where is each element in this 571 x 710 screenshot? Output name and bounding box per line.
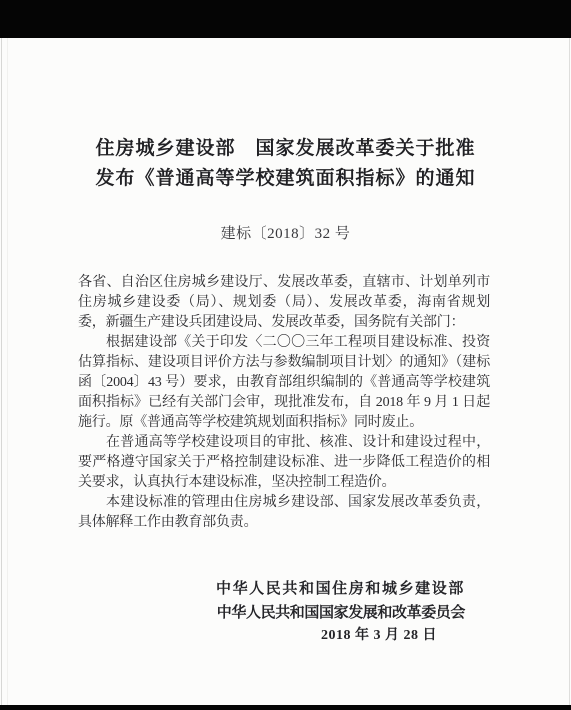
document-body: 各省、自治区住房城乡建设厅、发展改革委，直辖市、计划单列市住房城乡建设委（局）、… xyxy=(78,273,490,533)
top-letterbox-bar xyxy=(0,0,571,38)
signature-org-ndrc: 中华人民共和国国家发展和改革委员会 xyxy=(0,601,465,625)
document-page: 住房城乡建设部 国家发展改革委关于批准 发布《普通高等学校建筑面积指标》的通知 … xyxy=(0,38,571,647)
body-paragraph: 本建设标准的管理由住房城乡建设部、国家发展改革委负责，具体解释工作由教育部负责。 xyxy=(78,493,490,533)
document-title: 住房城乡建设部 国家发展改革委关于批准 发布《普通高等学校建筑面积指标》的通知 xyxy=(10,134,561,194)
document-title-line-1: 住房城乡建设部 国家发展改革委关于批准 xyxy=(10,134,561,164)
addressees-paragraph: 各省、自治区住房城乡建设厅、发展改革委，直辖市、计划单列市住房城乡建设委（局）、… xyxy=(78,273,490,333)
document-number: 建标〔2018〕32 号 xyxy=(0,222,571,243)
signature-date: 2018 年 3 月 28 日 xyxy=(321,625,437,647)
signature-block: 中华人民共和国住房和城乡建设部 中华人民共和国国家发展和改革委员会 2018 年… xyxy=(0,577,571,647)
signature-org-housing-ministry: 中华人民共和国住房和城乡建设部 xyxy=(0,577,465,601)
body-paragraph: 在普通高等学校建设项目的审批、核准、设计和建设过程中，要严格遵守国家关于严格控制… xyxy=(78,433,490,493)
body-paragraph: 根据建设部《关于印发〈二〇〇三年工程项目建设标准、投资估算指标、建设项目评价方法… xyxy=(78,333,490,433)
document-scan-view: 住房城乡建设部 国家发展改革委关于批准 发布《普通高等学校建筑面积指标》的通知 … xyxy=(0,0,571,710)
bottom-letterbox-bar xyxy=(0,705,571,710)
document-title-line-2: 发布《普通高等学校建筑面积指标》的通知 xyxy=(10,164,561,194)
